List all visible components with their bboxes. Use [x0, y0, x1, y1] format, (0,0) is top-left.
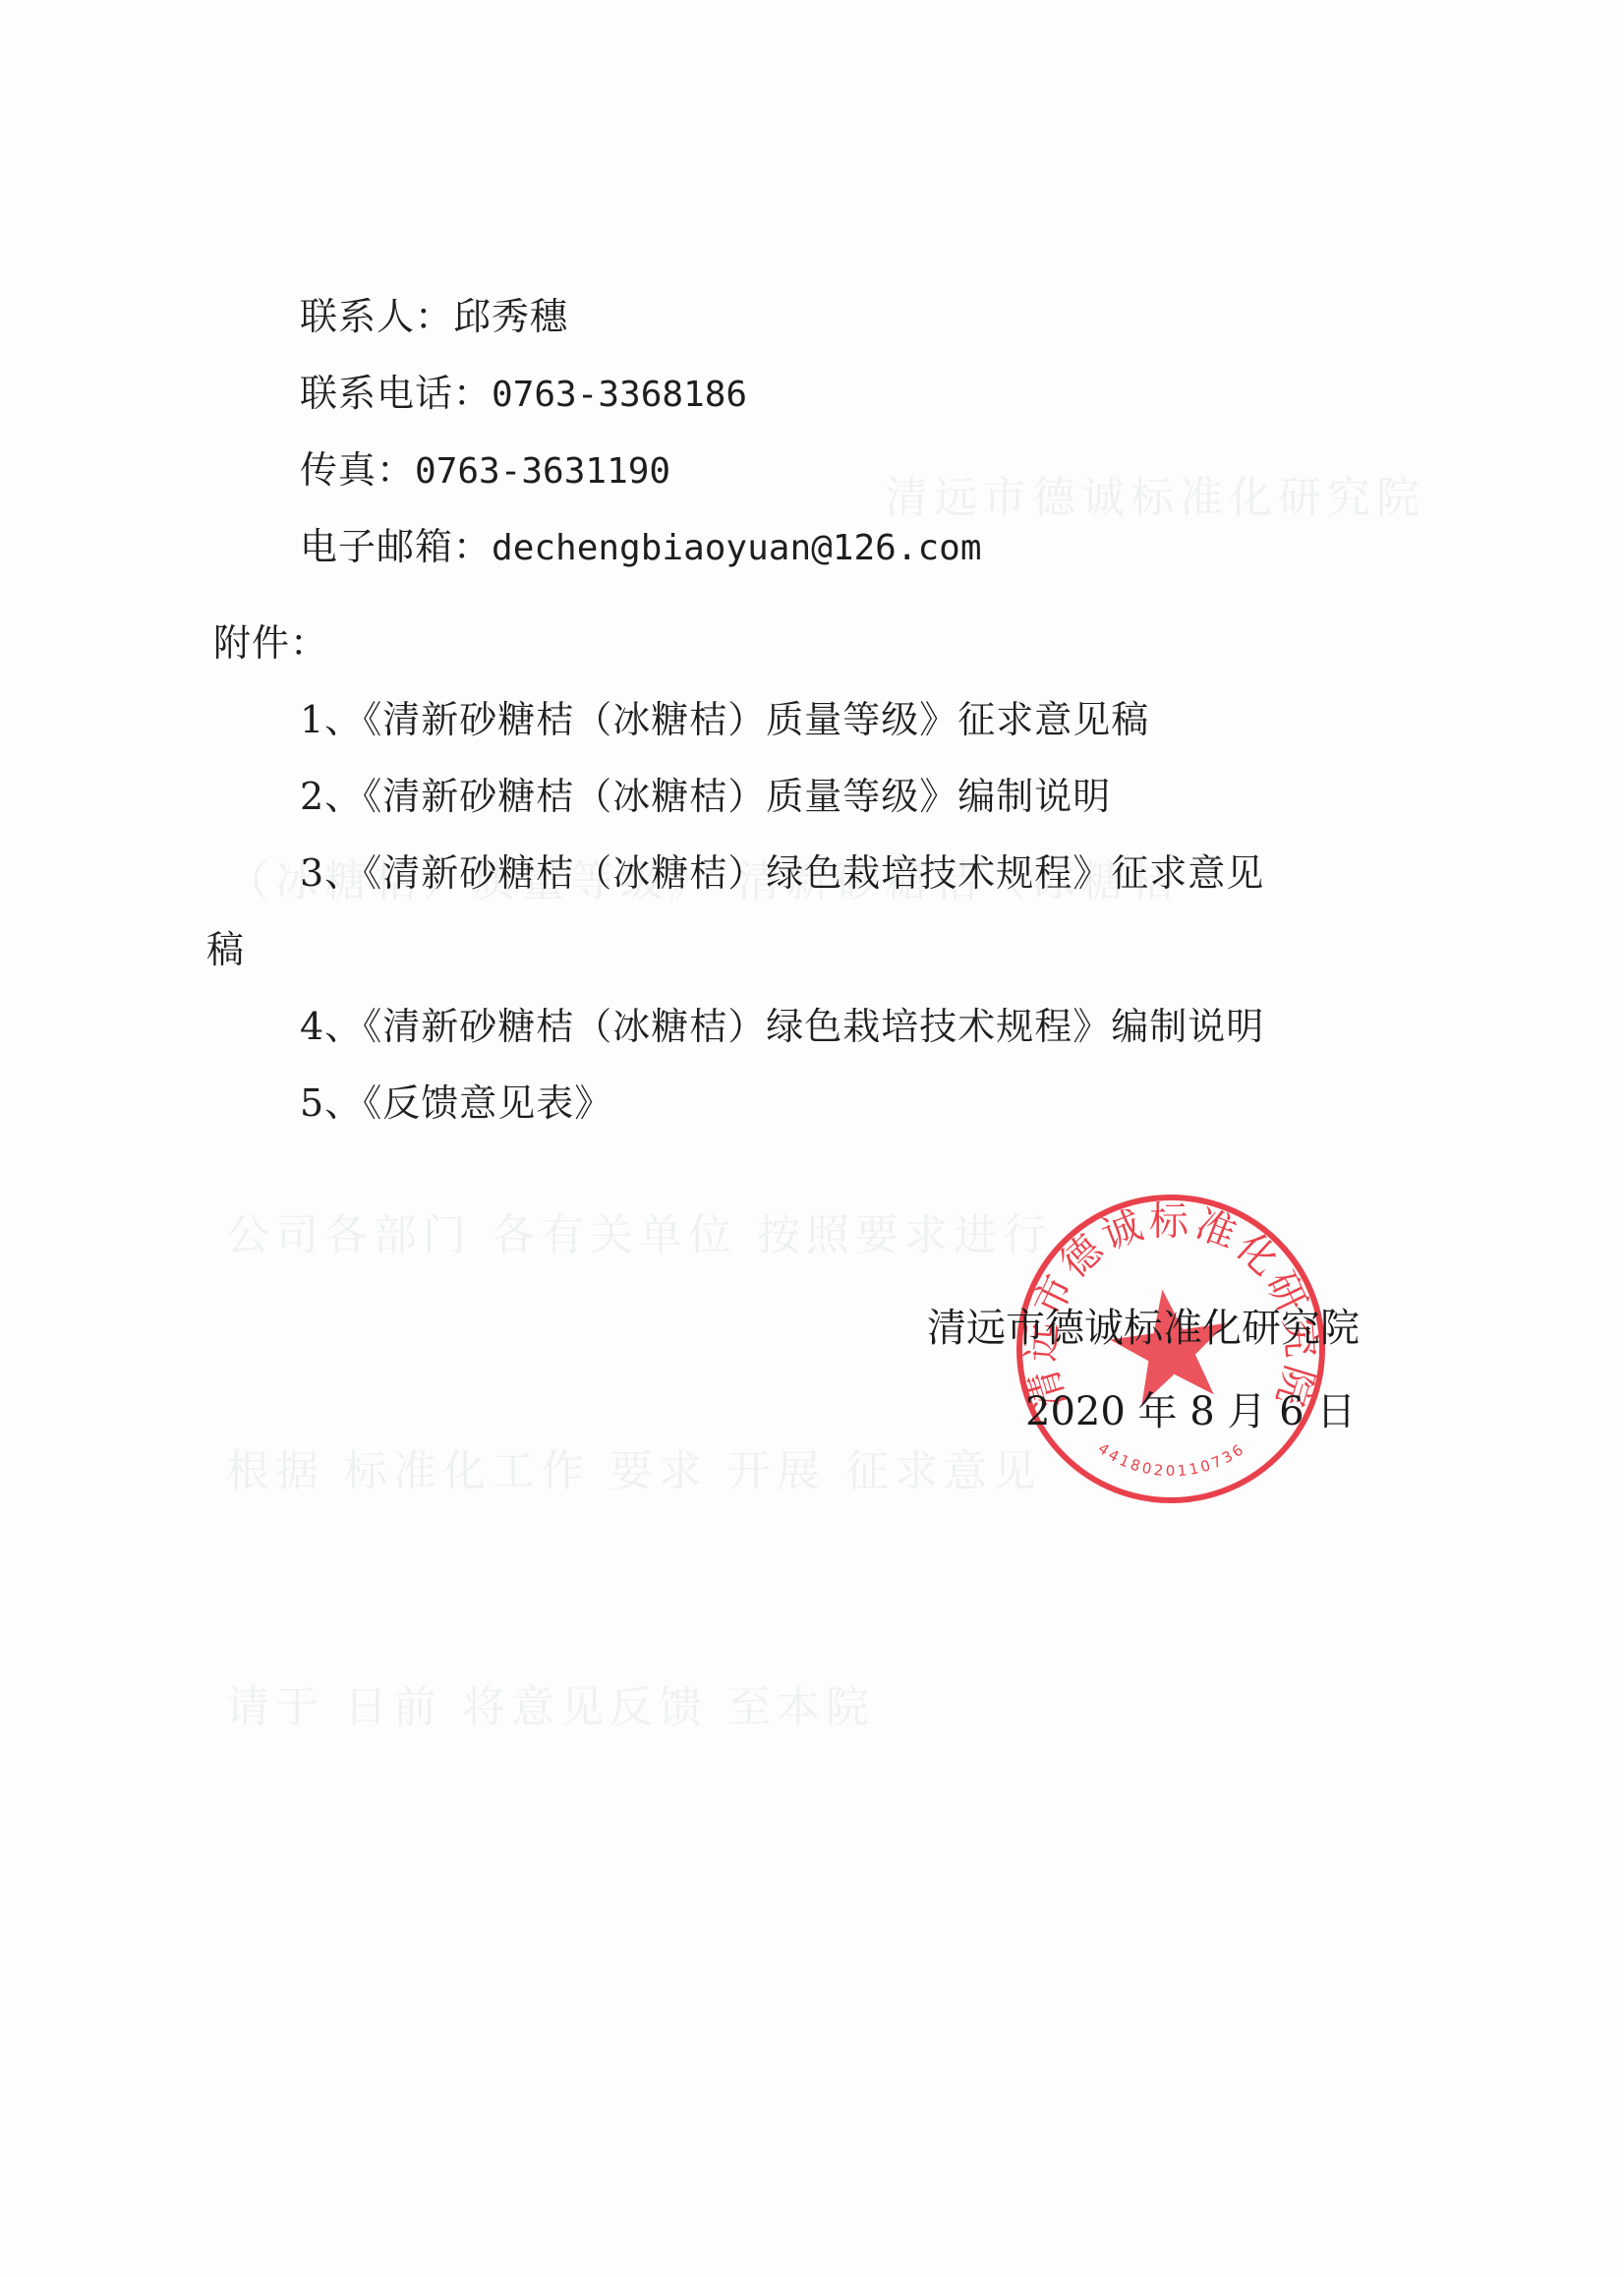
attachment-item: 5、《反馈意见表》 — [300, 1081, 612, 1125]
signature-organization: 清远市德诚标准化研究院 — [927, 1306, 1360, 1351]
attachment-number: 1、 — [300, 698, 363, 741]
attachment-item: 3、《清新砂糖桔（冰糖桔）绿色栽培技术规程》征求意见 — [300, 851, 1264, 895]
attachment-number: 4、 — [300, 1005, 363, 1048]
contact-email-value: dechengbiaoyuan@126.com — [492, 528, 982, 568]
contact-phone-label: 联系电话： — [300, 372, 492, 415]
contact-email: 电子邮箱：dechengbiaoyuan@126.com — [300, 525, 982, 570]
bleed-through-text: 请于 日前 将意见反馈 至本院 — [226, 1671, 875, 1734]
contact-person: 联系人：邱秀穗 — [300, 295, 568, 338]
contact-fax-label: 传真： — [300, 448, 415, 492]
attachments-heading: 附件： — [213, 621, 328, 665]
attachment-number: 5、 — [300, 1081, 363, 1125]
attachment-title: 《清新砂糖桔（冰糖桔）质量等级》征求意见稿 — [363, 698, 1149, 741]
contact-fax-value: 0763-3631190 — [415, 451, 670, 492]
attachment-title: 《清新砂糖桔（冰糖桔）绿色栽培技术规程》编制说明 — [363, 1005, 1264, 1048]
signature-date: 2020 年 8 月 6 日 — [1025, 1389, 1356, 1434]
contact-person-label: 联系人： — [300, 295, 453, 338]
attachment-item: 4、《清新砂糖桔（冰糖桔）绿色栽培技术规程》编制说明 — [300, 1005, 1264, 1048]
attachment-title: 《清新砂糖桔（冰糖桔）绿色栽培技术规程》征求意见 — [363, 851, 1264, 895]
contact-fax: 传真：0763-3631190 — [300, 448, 670, 494]
attachment-number: 3、 — [300, 851, 363, 895]
stamp-code: 4418020110736 — [1095, 1439, 1249, 1480]
attachment-item-continuation: 稿 — [206, 928, 245, 971]
contact-phone-value: 0763-3368186 — [492, 375, 747, 415]
attachment-title: 《清新砂糖桔（冰糖桔）质量等级》编制说明 — [363, 775, 1111, 818]
document-page: 清远市德诚标准化研究院 （冰糖桔）质量等级》 清新砂糖桔（冰糖桔 公司各部门 各… — [0, 0, 1624, 2277]
contact-person-name: 邱秀穗 — [453, 295, 568, 338]
attachment-item: 2、《清新砂糖桔（冰糖桔）质量等级》编制说明 — [300, 775, 1111, 818]
attachment-item: 1、《清新砂糖桔（冰糖桔）质量等级》征求意见稿 — [300, 698, 1149, 741]
contact-email-label: 电子邮箱： — [300, 525, 492, 568]
contact-phone: 联系电话：0763-3368186 — [300, 372, 747, 417]
bleed-through-text: 清远市德诚标准化研究院 — [885, 462, 1425, 525]
bleed-through-text: 根据 标准化工作 要求 开展 征求意见 — [226, 1435, 1042, 1498]
attachment-number: 2、 — [300, 775, 363, 818]
bleed-through-text: 公司各部门 各有关单位 按照要求进行 — [226, 1199, 1052, 1262]
attachment-title: 《反馈意见表》 — [363, 1081, 612, 1125]
